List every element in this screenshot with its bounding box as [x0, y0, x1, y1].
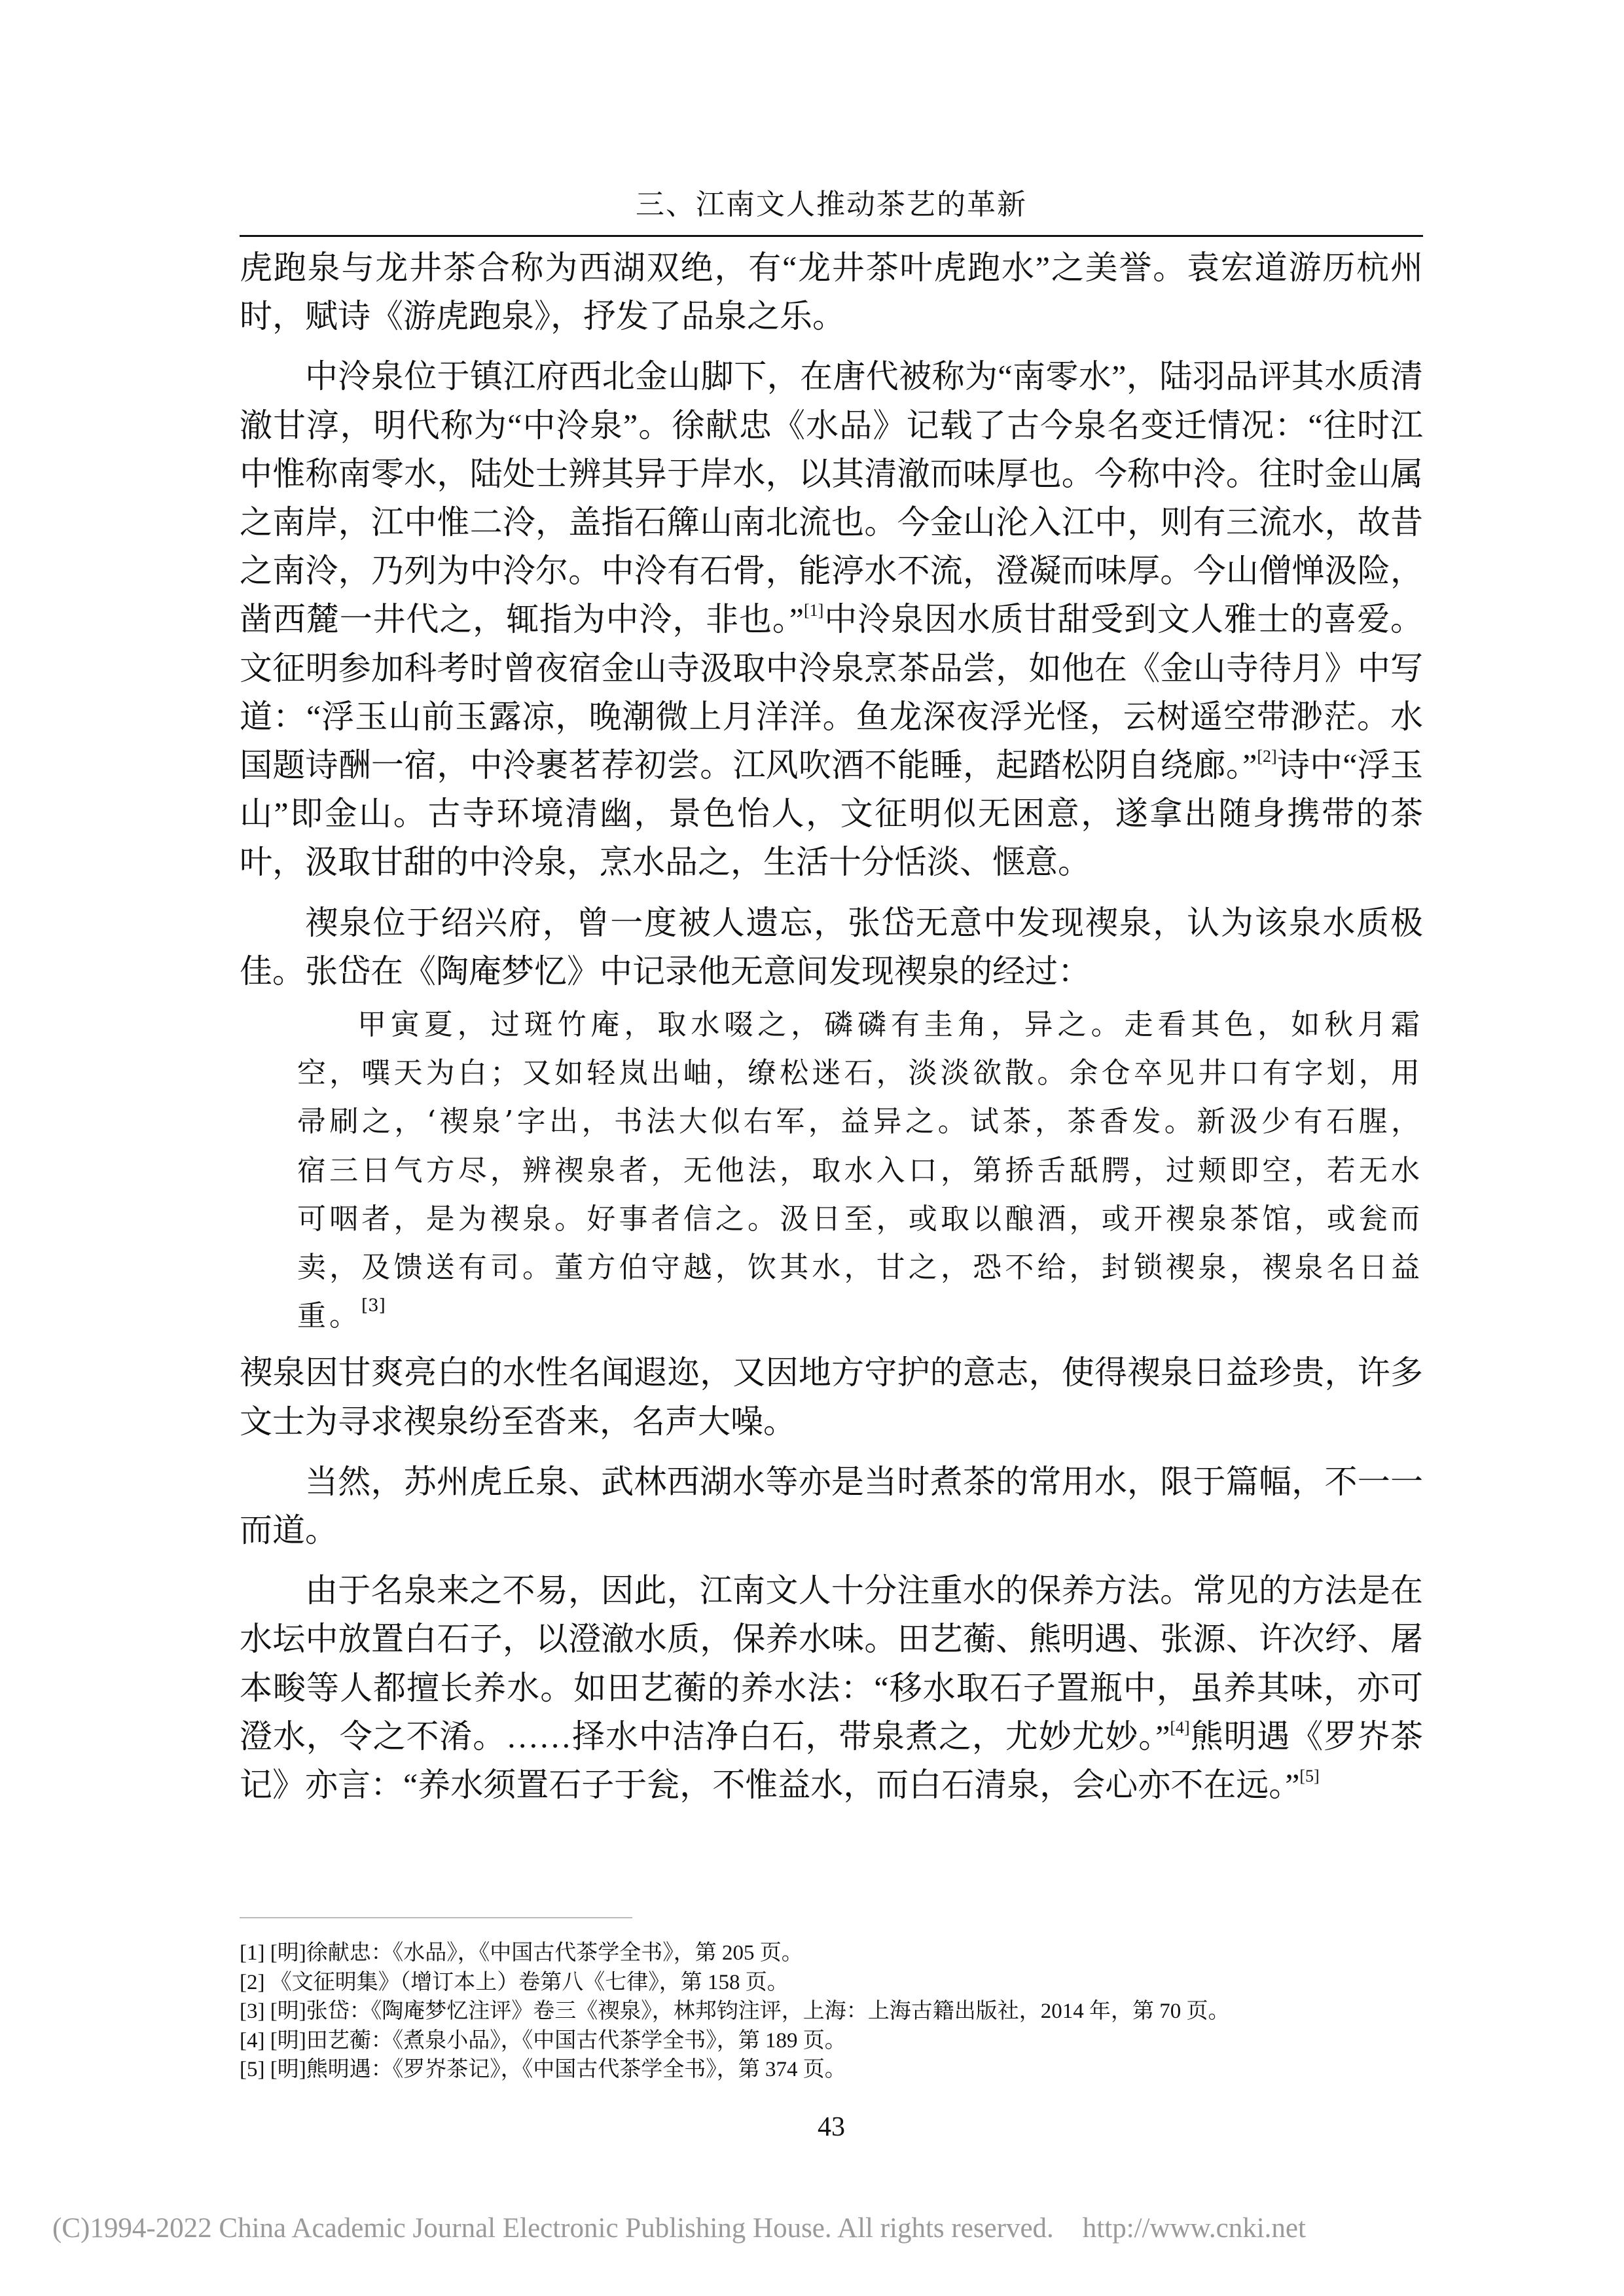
block-quote-text: 甲寅夏，过斑竹庵，取水啜之，磷磷有圭角，异之。走看其色，如秋月霜空，噀天为白；又…: [297, 1001, 1423, 1340]
header-rule-divider: [240, 235, 1423, 237]
paragraph-water-preservation: 由于名泉来之不易，因此，江南文人十分注重水的保养方法。常见的方法是在水坛中放置白…: [240, 1566, 1423, 1809]
document-page: 三、江南文人推动茶艺的革新 虎跑泉与龙井茶合称为西湖双绝，有“龙井茶叶虎跑水”之…: [240, 0, 1423, 2296]
paragraph-other-springs: 当然，苏州虎丘泉、武林西湖水等亦是当时煮茶的常用水，限于篇幅，不一一而道。: [240, 1458, 1423, 1554]
running-header-title: 三、江南文人推动茶艺的革新: [240, 185, 1423, 224]
footnote-text: 《文征明集》（增订本上）卷第八《七律》，第 158 页。: [270, 1971, 789, 1994]
block-quote-taoan-mengyi: 甲寅夏，过斑竹庵，取水啜之，磷磷有圭角，异之。走看其色，如秋月霜空，噀天为白；又…: [297, 1001, 1423, 1340]
footnote-text: [明]徐献忠：《水品》，《中国古代茶学全书》，第 205 页。: [270, 1941, 803, 1965]
footnote-text: [明]田艺蘅：《煮泉小品》，《中国古代茶学全书》，第 189 页。: [270, 2029, 846, 2053]
footnote-text: [明]张岱：《陶庵梦忆注评》卷三《禊泉》，林邦钧注评，上海：上海古籍出版社，20…: [270, 2000, 1230, 2023]
paragraph-xi-spring-fame: 禊泉因甘爽亮白的水性名闻遐迩，又因地方守护的意志，使得禊泉日益珍贵，许多文士为寻…: [240, 1348, 1423, 1445]
footnote-item: [5] [明]熊明遇：《罗岕茶记》，《中国古代茶学全书》，第 374 页。: [240, 2055, 1423, 2085]
footnote-text: [明]熊明遇：《罗岕茶记》，《中国古代茶学全书》，第 374 页。: [270, 2058, 846, 2081]
paragraph-zhongling-spring: 中泠泉位于镇江府西北金山脚下，在唐代被称为“南零水”，陆羽品评其水质清澈甘淳，明…: [240, 352, 1423, 886]
copyright-watermark: (C)1994-2022 China Academic Journal Elec…: [52, 2212, 1306, 2245]
footnote-item: [4] [明]田艺蘅：《煮泉小品》，《中国古代茶学全书》，第 189 页。: [240, 2026, 1423, 2056]
footnotes-list: [1] [明]徐献忠：《水品》，《中国古代茶学全书》，第 205 页。 [2] …: [240, 1939, 1423, 2085]
cnki-url-link[interactable]: http://www.cnki.net: [1083, 2213, 1306, 2244]
footnote-number: [1]: [240, 1941, 264, 1965]
article-body: 虎跑泉与龙井茶合称为西湖双绝，有“龙井茶叶虎跑水”之美誉。袁宏道游历杭州时，赋诗…: [240, 243, 1423, 1825]
copyright-text: (C)1994-2022 China Academic Journal Elec…: [52, 2213, 1054, 2244]
footnote-ref-3[interactable]: [3]: [361, 1296, 386, 1316]
footnote-item: [1] [明]徐献忠：《水品》，《中国古代茶学全书》，第 205 页。: [240, 1939, 1423, 1968]
footnote-item: [3] [明]张岱：《陶庵梦忆注评》卷三《禊泉》，林邦钧注评，上海：上海古籍出版…: [240, 1997, 1423, 2026]
footnote-number: [3]: [240, 2000, 264, 2023]
paragraph-hupao-spring: 虎跑泉与龙井茶合称为西湖双绝，有“龙井茶叶虎跑水”之美誉。袁宏道游历杭州时，赋诗…: [240, 243, 1423, 340]
footnote-item: [2] 《文征明集》（增订本上）卷第八《七律》，第 158 页。: [240, 1968, 1423, 1998]
quote-text: 甲寅夏，过斑竹庵，取水啜之，磷磷有圭角，异之。走看其色，如秋月霜空，噀天为白；又…: [297, 1008, 1423, 1333]
footnote-number: [4]: [240, 2029, 264, 2053]
footnote-separator: [240, 1917, 632, 1918]
footnote-number: [5]: [240, 2058, 264, 2081]
paragraph-text: 中泠泉位于镇江府西北金山脚下，在唐代被称为“南零水”，陆羽品评其水质清澈甘淳，明…: [240, 358, 1423, 637]
page-number: 43: [240, 2111, 1423, 2144]
footnote-number: [2]: [240, 1971, 264, 1994]
footnote-ref-2[interactable]: [2]: [1257, 747, 1276, 766]
footnote-ref-1[interactable]: [1]: [804, 601, 823, 620]
paragraph-xi-spring-intro: 禊泉位于绍兴府，曾一度被人遗忘，张岱无意中发现禊泉，认为该泉水质极佳。张岱在《陶…: [240, 899, 1423, 996]
footnote-ref-4[interactable]: [4]: [1170, 1718, 1189, 1737]
footnote-ref-5[interactable]: [5]: [1299, 1767, 1319, 1785]
